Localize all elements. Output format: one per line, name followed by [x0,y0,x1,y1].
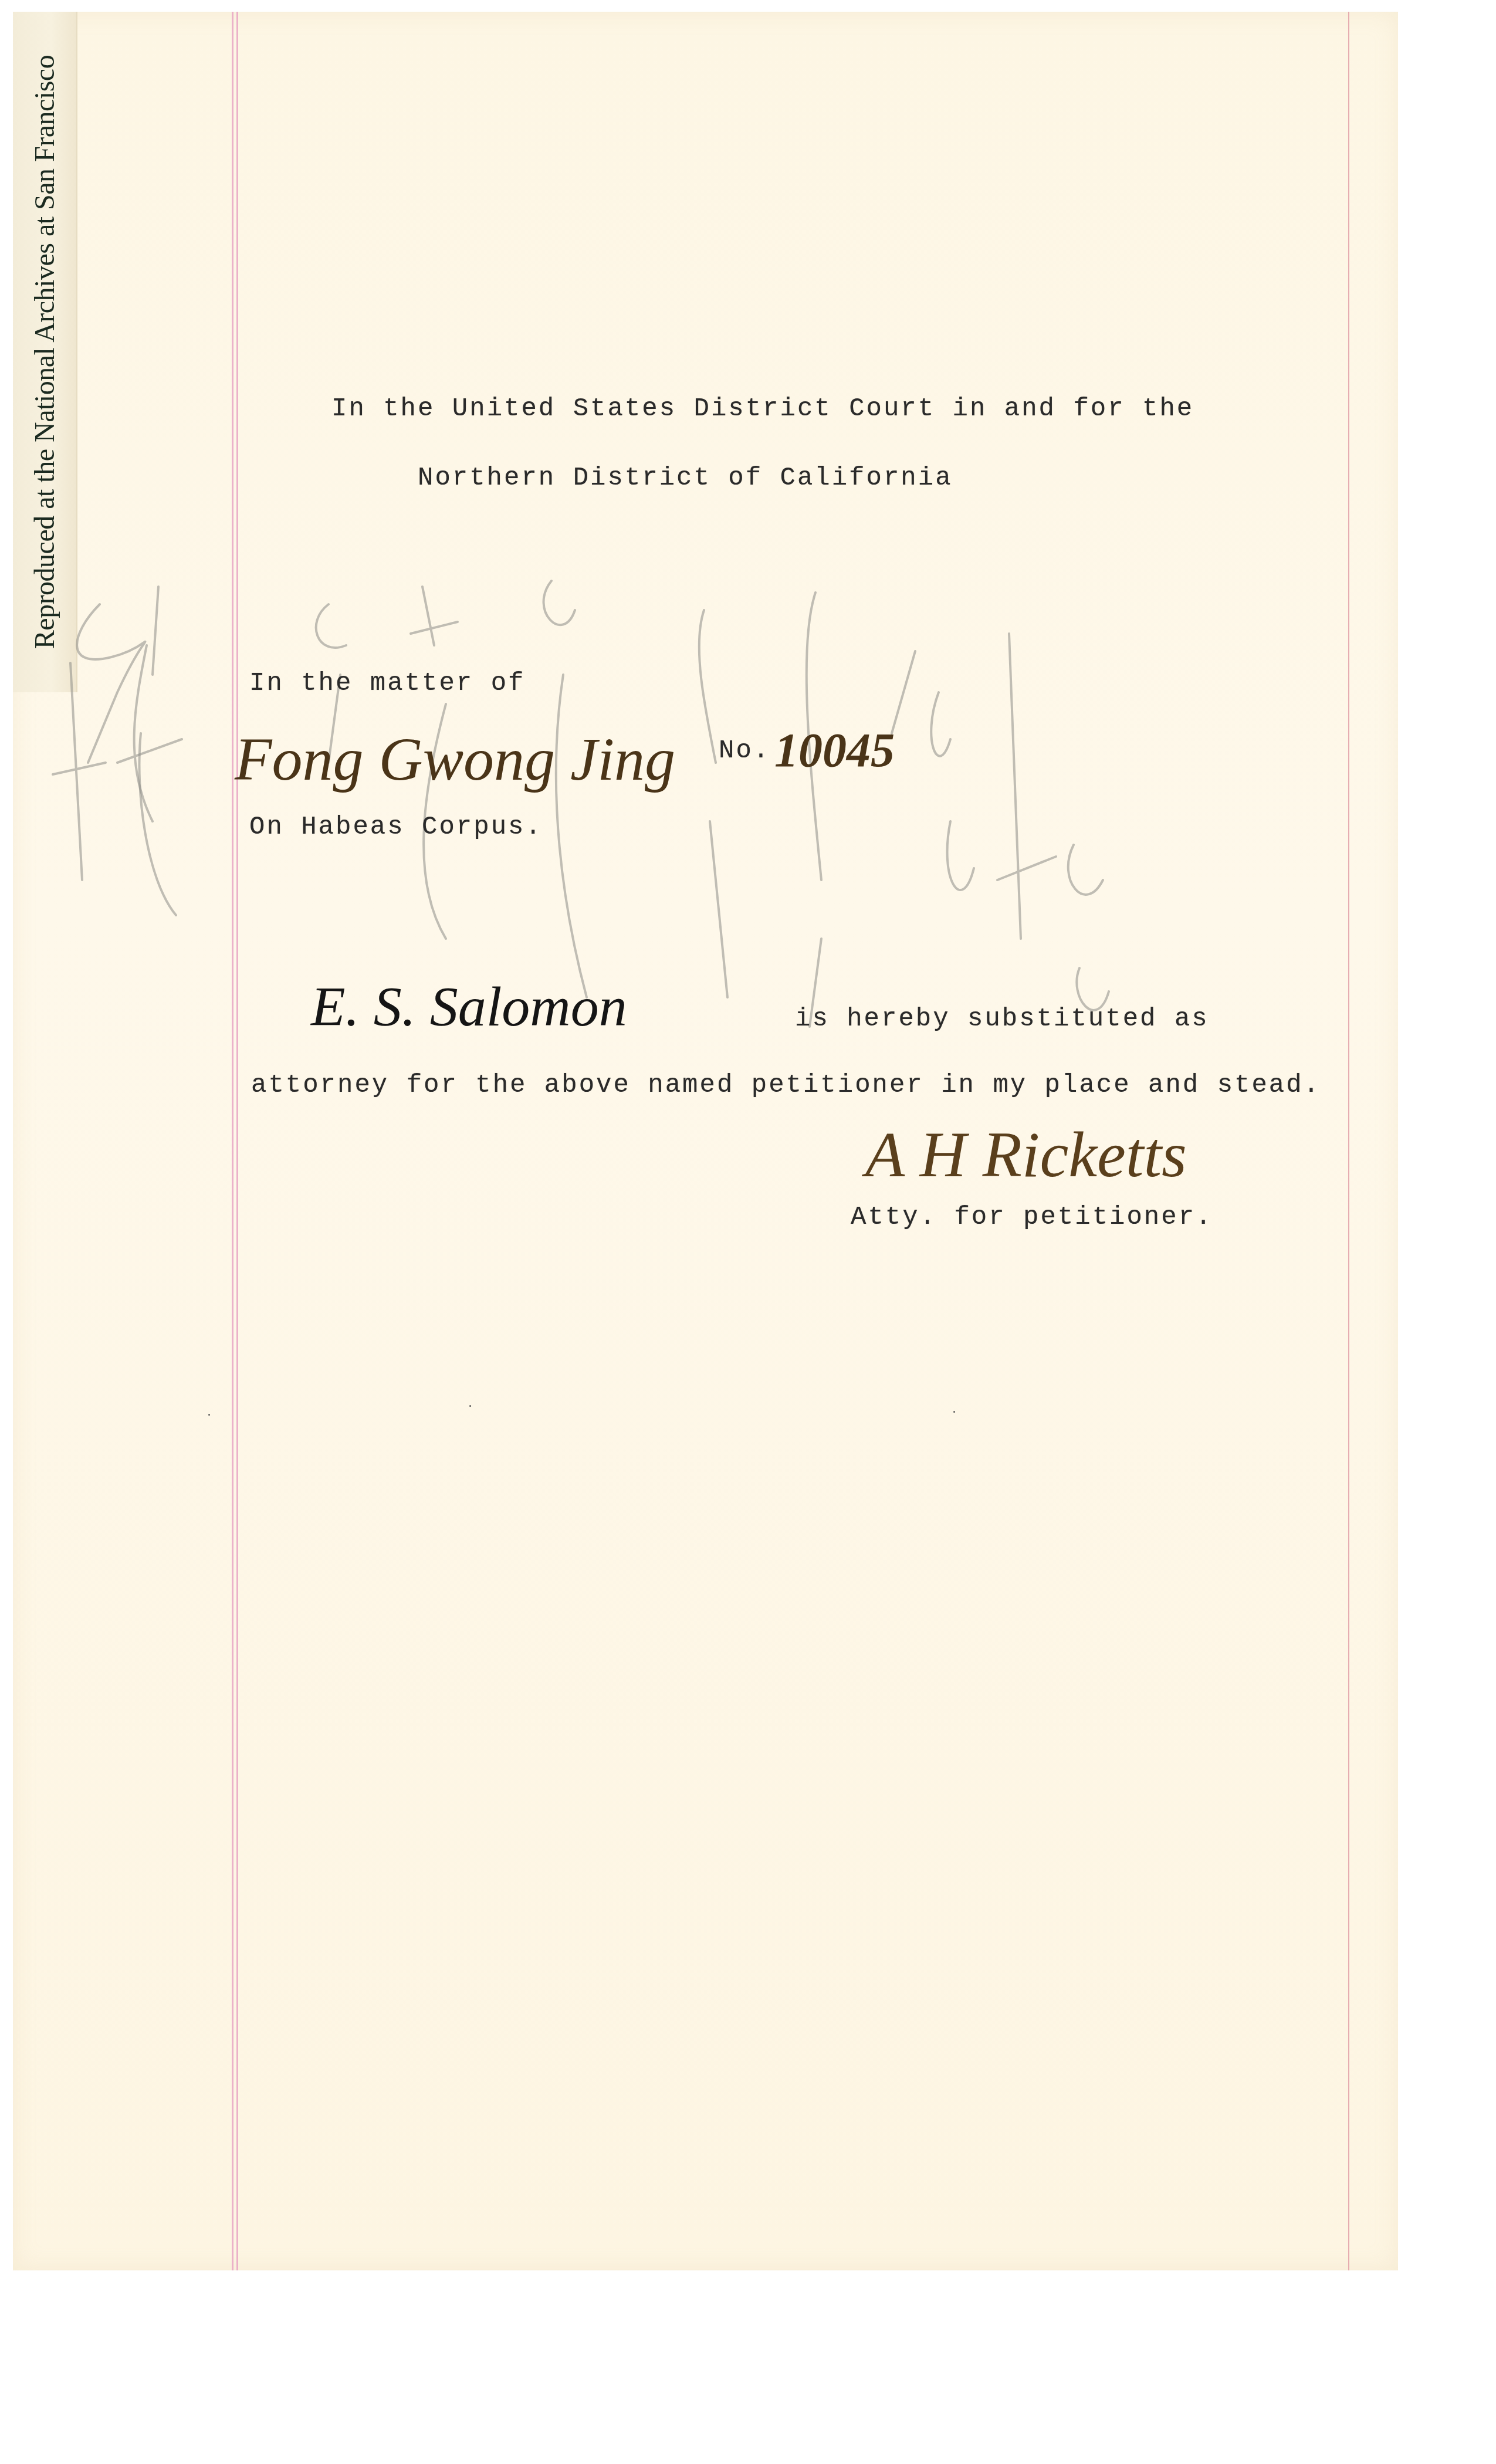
habeas-corpus-label: On Habeas Corpus. [249,813,543,842]
case-number-handwritten: 10045 [774,723,895,778]
paper-speck [953,1411,955,1413]
attorney-signature: A H Ricketts [865,1118,1187,1192]
substitution-text: is hereby substituted as [795,1004,1209,1034]
attorney-title: Atty. for petitioner. [851,1203,1213,1232]
bleed-through-marks [0,0,1496,1173]
substitution-text-line-2: attorney for the above named petitioner … [251,1071,1321,1100]
petitioner-name-handwritten: Fong Gwong Jing [235,725,675,794]
substitute-attorney-signature: E. S. Salomon [311,974,627,1039]
court-heading-line-2: Northern District of California [418,463,953,493]
case-number-label: No. [719,736,770,766]
court-heading-line-1: In the United States District Court in a… [331,394,1194,424]
paper-speck [469,1405,471,1407]
matter-label: In the matter of [249,669,525,698]
paper-speck [208,1414,210,1416]
